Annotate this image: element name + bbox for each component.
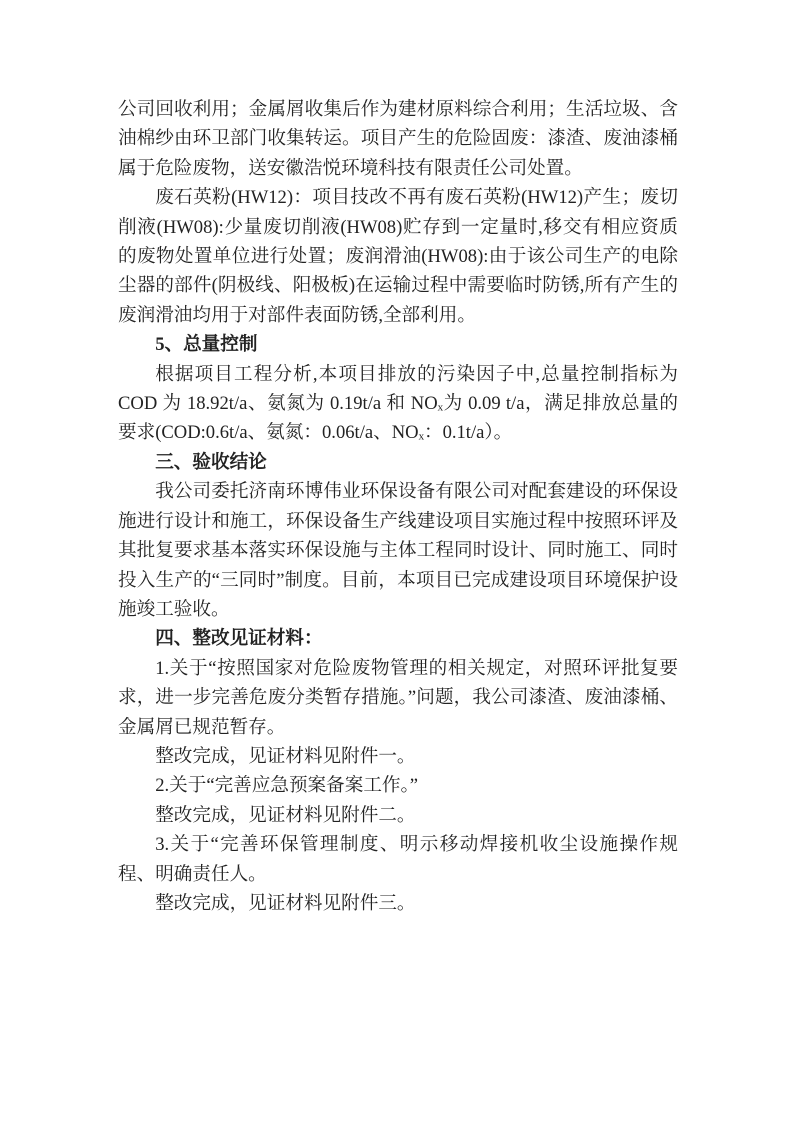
body-paragraph: 公司回收利用；金属屑收集后作为建材原料综合利用；生活垃圾、含油棉纱由环卫部门收集… <box>118 95 678 183</box>
body-paragraph: 根据项目工程分析,本项目排放的污染因子中,总量控制指标为 COD 为 18.92… <box>118 360 678 448</box>
document-page: 公司回收利用；金属屑收集后作为建材原料综合利用；生活垃圾、含油棉纱由环卫部门收集… <box>0 0 794 1123</box>
body-paragraph: 整改完成，见证材料见附件三。 <box>118 889 678 918</box>
section-heading: 5、总量控制 <box>118 330 678 359</box>
body-paragraph: 废石英粉(HW12)：项目技改不再有废石英粉(HW12)产生；废切削液(HW08… <box>118 183 678 330</box>
body-paragraph: 整改完成，见证材料见附件二。 <box>118 801 678 830</box>
body-paragraph: 3.关于“完善环保管理制度、明示移动焊接机收尘设施操作规程、明确责任人。 <box>118 830 678 889</box>
section-heading: 四、整改见证材料： <box>118 624 678 653</box>
section-heading: 三、验收结论 <box>118 448 678 477</box>
document-content: 公司回收利用；金属屑收集后作为建材原料综合利用；生活垃圾、含油棉纱由环卫部门收集… <box>118 95 678 918</box>
body-paragraph: 1.关于“按照国家对危险废物管理的相关规定，对照环评批复要求，进一步完善危废分类… <box>118 654 678 742</box>
body-paragraph: 2.关于“完善应急预案备案工作。” <box>118 771 678 800</box>
body-paragraph: 整改完成，见证材料见附件一。 <box>118 742 678 771</box>
body-paragraph: 我公司委托济南环博伟业环保设备有限公司对配套建设的环保设施进行设计和施工，环保设… <box>118 477 678 624</box>
